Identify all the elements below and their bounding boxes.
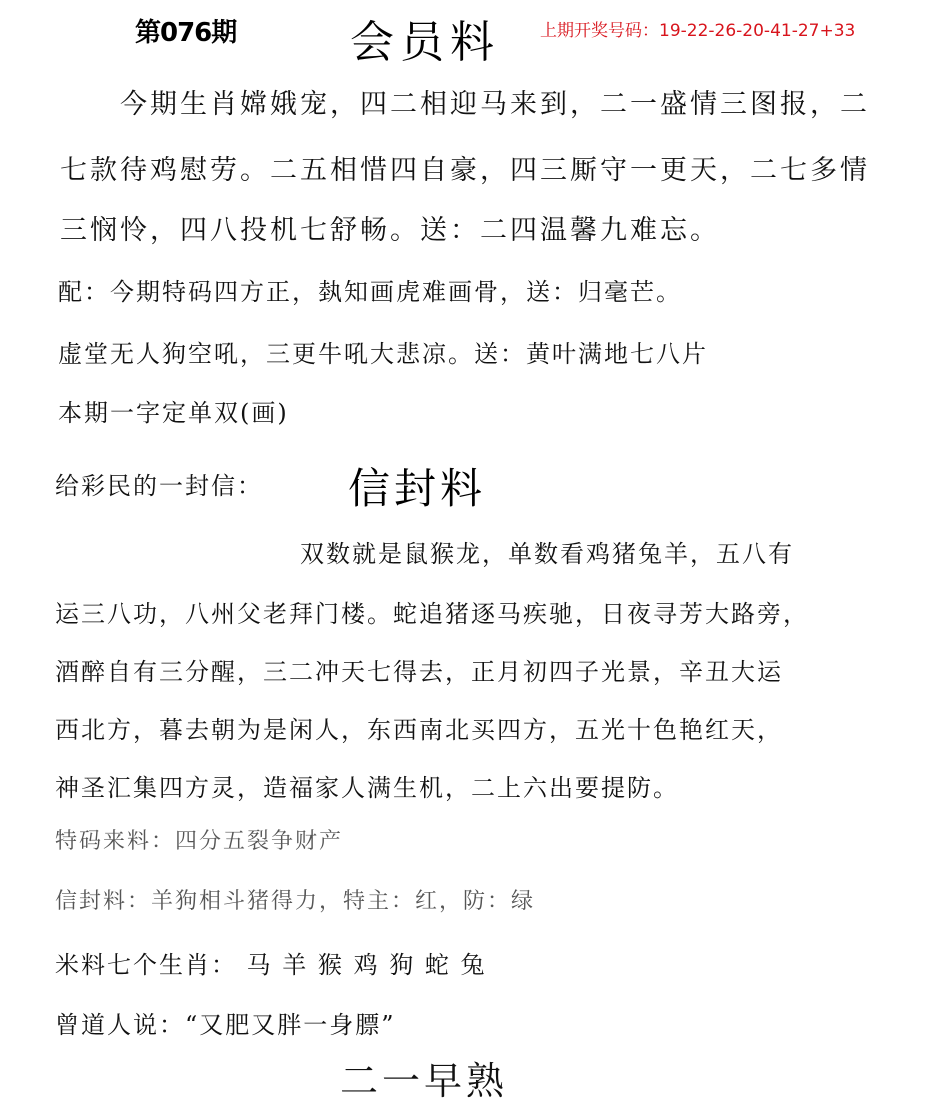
zodiac-7: 兔: [460, 951, 486, 979]
letter-line-3: 酒醉自有三分醒，三二冲天七得去，正月初四子光景，辛丑大运: [55, 652, 783, 687]
letter-line-1: 双数就是鼠猴龙，单数看鸡猪兔羊，五八有: [300, 534, 794, 569]
last-draw-result: 上期开奖号码：19-22-26-20-41-27+33: [540, 16, 855, 41]
single-double-line: 本期一字定单双(画): [58, 393, 289, 428]
letter-line-4: 西北方，暮去朝为是闲人，东西南北买四方，五光十色艳红天，: [55, 710, 783, 745]
letter-line-2: 运三八功，八州父老拜门楼。蛇追猪逐马疾驰，日夜寻芳大路旁，: [55, 594, 809, 629]
zodiac-5: 狗: [389, 951, 415, 979]
issue-number: 第076期: [135, 12, 236, 49]
riddle-line: 虚堂无人狗空吼，三更牛吼大悲凉。送：黄叶满地七八片: [58, 334, 708, 369]
poem-line-2: 七款待鸡慰劳。二五相惜四自豪，四三厮守一更天，二七多情: [60, 148, 870, 187]
last-draw-label: 上期开奖号码：: [540, 21, 659, 41]
poem-line-1: 今期生肖嫦娥宠，四二相迎马来到，二一盛情三图报，二: [120, 82, 870, 121]
envelope-material-line: 信封料：羊狗相斗猪得力，特主：红，防：绿: [55, 884, 535, 915]
zodiac-1: 马: [247, 951, 273, 979]
special-code-line: 特码来料：四分五裂争财产: [55, 824, 343, 855]
zodiac-3: 猴: [318, 951, 344, 979]
closing-phrase: 二一早熟: [340, 1050, 508, 1105]
last-draw-numbers: 19-22-26-20-41-27+33: [659, 21, 855, 41]
letter-line-5: 神圣汇集四方灵，造福家人满生机，二上六出要提防。: [55, 768, 679, 803]
seven-zodiacs-line: 米料七个生肖： 马 羊 猴 鸡 狗 蛇 兔: [55, 945, 486, 980]
zodiac-4: 鸡: [354, 951, 380, 979]
letter-intro: 给彩民的一封信：: [55, 466, 263, 501]
zodiac-6: 蛇: [425, 951, 451, 979]
match-line: 配：今期特码四方正，埶知画虎难画骨，送：归毫芒。: [58, 272, 682, 307]
taoist-saying: 曾道人说：“又肥又胖一身膘”: [55, 1005, 396, 1040]
page-title: 会员料: [350, 6, 500, 70]
zodiac-2: 羊: [282, 951, 308, 979]
poem-line-3: 三悯怜，四八投机七舒畅。送：二四温馨九难忘。: [60, 208, 720, 247]
envelope-title: 信封料: [348, 456, 486, 516]
seven-zodiacs-label: 米料七个生肖：: [55, 951, 237, 979]
